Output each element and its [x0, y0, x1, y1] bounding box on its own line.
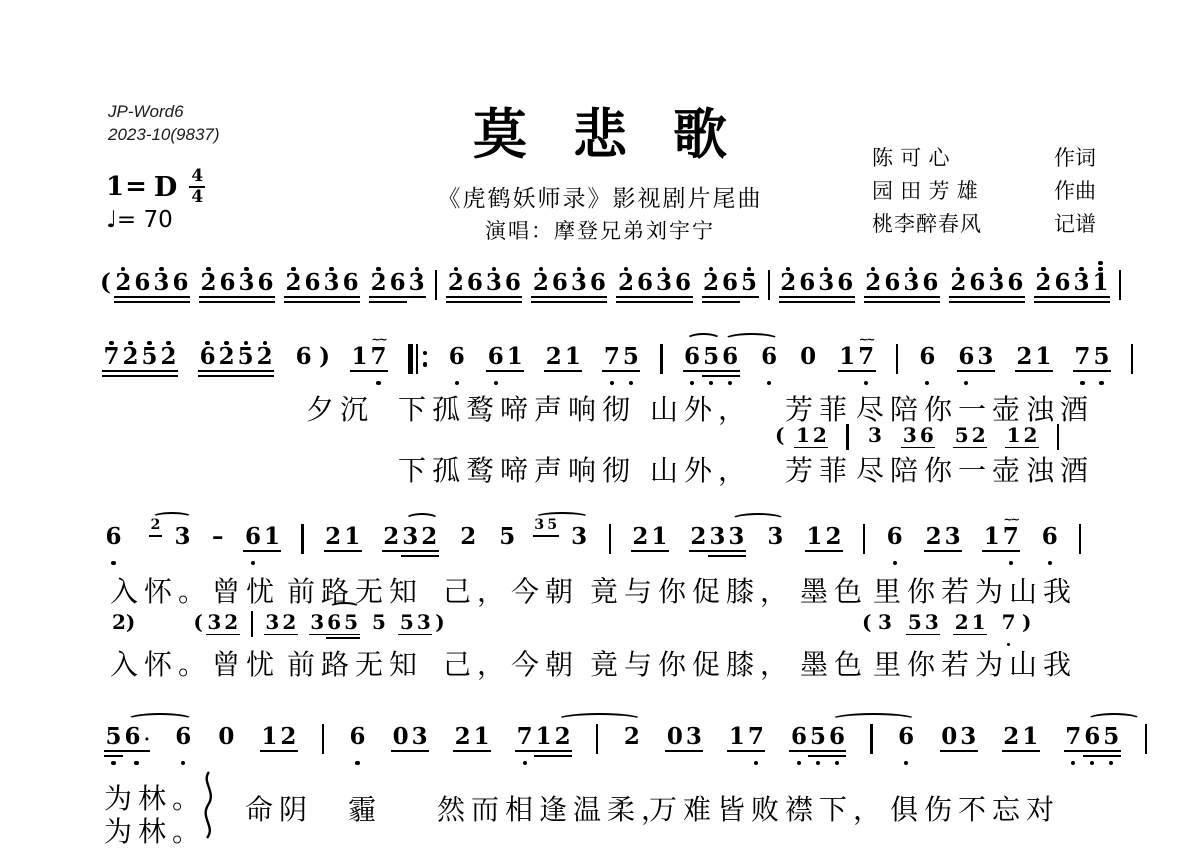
beam-lines — [924, 548, 943, 557]
beam-lines — [322, 294, 341, 303]
note-digit-row: 2 — [1002, 725, 1021, 748]
beam-line — [133, 301, 152, 303]
beam-lines — [654, 294, 673, 303]
beam-line — [1102, 755, 1121, 757]
beam-line — [864, 296, 883, 298]
note-lower — [925, 379, 929, 385]
beam-line — [721, 296, 740, 298]
note-digit: 7 — [515, 725, 534, 748]
beam-lines — [309, 632, 326, 639]
note-digit: 6 — [486, 345, 505, 368]
note-lower — [455, 379, 459, 385]
beam-line — [303, 296, 322, 298]
beam-line — [236, 370, 255, 372]
note-digit: 2 — [970, 425, 987, 445]
octave-dot-low — [767, 381, 771, 385]
note: 6 — [918, 330, 937, 385]
note-lower — [864, 379, 868, 385]
beam-lines — [369, 294, 388, 303]
note-digit: 6 — [721, 345, 740, 368]
beam-line — [665, 755, 684, 757]
note: 6 — [968, 256, 987, 305]
barline — [322, 724, 324, 754]
note-digit: 1 — [1021, 725, 1040, 748]
beam-line — [949, 296, 968, 298]
note: 2 — [453, 710, 472, 759]
note: 3 — [322, 256, 341, 305]
note-lower — [1009, 559, 1013, 565]
note-digit-row: 6 — [798, 271, 817, 294]
note-digit-row: 2 — [779, 271, 798, 294]
note-digit: 6 — [789, 725, 808, 748]
beam-lines — [401, 548, 420, 557]
note-digit-row: 2 — [824, 525, 843, 548]
beam-lines — [588, 294, 607, 303]
note: 6 — [348, 710, 367, 765]
beat-group: 75 — [1073, 330, 1111, 385]
beam-line — [570, 555, 589, 557]
beam-line — [223, 637, 240, 639]
note: 1 — [982, 510, 1001, 559]
parenthesis: ( — [100, 256, 111, 294]
beam-line — [635, 301, 654, 303]
beam-line — [1021, 750, 1040, 752]
beam-lines — [921, 294, 940, 303]
beam-line — [1064, 750, 1083, 752]
beam-line — [255, 370, 274, 372]
barline — [596, 724, 598, 754]
note-digit-row: 6 — [341, 271, 360, 294]
lyric-segment: 竟与你促膝， — [590, 570, 794, 610]
note-digit-row: 3 — [876, 612, 893, 632]
beam-line — [689, 555, 708, 557]
beam-line — [949, 301, 968, 303]
octave-dot-low — [728, 381, 732, 385]
note: 1 — [534, 710, 553, 759]
note: 1 — [563, 330, 582, 379]
note-digit-row: 5 — [906, 612, 923, 632]
beam-lines — [294, 368, 313, 377]
beam-lines — [1102, 748, 1121, 757]
note-digit-row: 5 — [702, 345, 721, 368]
beam-line — [902, 296, 921, 298]
beam-line — [515, 750, 534, 752]
beam-line — [503, 301, 522, 303]
beam-line — [827, 755, 846, 757]
note-digit-row: 3 — [976, 345, 995, 368]
beam-line — [498, 555, 517, 557]
note-digit-row: 6 — [883, 271, 902, 294]
beam-line — [798, 296, 817, 298]
beam-line — [465, 296, 484, 298]
beam-lines — [484, 294, 503, 303]
note-lower — [134, 759, 138, 765]
beam-line — [264, 634, 281, 636]
beam-line — [388, 301, 407, 303]
note-lower — [1048, 559, 1052, 565]
beam-lines — [199, 294, 218, 303]
beam-lines — [970, 632, 987, 639]
beam-line — [689, 550, 708, 552]
beam-line — [171, 296, 190, 298]
beam-line — [673, 296, 692, 298]
note-lower — [690, 379, 694, 385]
lyric-segment: 下孤鹜啼声响彻 — [398, 388, 636, 428]
beam-lines — [665, 748, 684, 757]
note: 0 — [391, 710, 410, 759]
note-digit-row: 6 — [683, 345, 702, 368]
beam-lines — [348, 748, 367, 757]
beam-lines — [446, 294, 465, 303]
lyric-segment: 山外， — [650, 449, 752, 489]
note: 1 — [727, 710, 746, 759]
note-lower — [835, 759, 839, 765]
beam-line — [569, 301, 588, 303]
note-digit: 3 — [654, 271, 673, 294]
beam-line — [683, 370, 702, 372]
beam-line — [857, 370, 876, 372]
beam-line — [459, 550, 478, 552]
note: 1 — [262, 510, 281, 559]
note-digit: 0 — [665, 725, 684, 748]
beam-line — [173, 550, 192, 552]
beam-line — [159, 370, 178, 372]
octave-dot-low — [629, 381, 633, 385]
beam-line — [391, 750, 410, 752]
note: 6 — [550, 256, 569, 305]
note: 6 — [957, 330, 976, 385]
note: 7 — [102, 330, 121, 379]
note-digit: 2 — [420, 525, 439, 548]
barline — [435, 270, 437, 300]
beam-line — [616, 296, 635, 298]
beam-lines — [683, 368, 702, 377]
beat-group: 2636 — [284, 256, 360, 305]
beam-line — [237, 301, 256, 303]
octave-dot-low — [893, 561, 897, 565]
note: 2 — [1002, 710, 1021, 759]
quarter-note-icon: ♩ — [106, 207, 117, 233]
note-digit-row: 6 — [836, 271, 855, 294]
note-digit-row: 7 — [602, 345, 621, 368]
beam-lines — [133, 294, 152, 303]
note: 0 — [665, 710, 684, 759]
beam-line — [382, 550, 401, 552]
note: ∼∼7 — [857, 330, 876, 385]
beam-line — [654, 296, 673, 298]
beam-line — [665, 750, 684, 752]
note: 7 — [602, 330, 621, 385]
note-digit: 7 — [1064, 725, 1083, 748]
note-digit-row: 2 — [420, 525, 439, 548]
note: 5 — [740, 256, 759, 305]
note-digit-row: 5 — [498, 525, 517, 548]
note-digit-row: 5 — [343, 612, 360, 632]
barline — [768, 270, 770, 300]
barline — [1131, 344, 1133, 374]
note-digit: 6 — [883, 271, 902, 294]
note: 6 — [1040, 510, 1059, 565]
note-digit: 2 — [622, 725, 641, 748]
note-digit-row: 1 — [727, 725, 746, 748]
beam-lines — [727, 748, 746, 757]
beam-lines — [602, 368, 621, 377]
beam-lines — [264, 632, 281, 639]
note: 3 — [1072, 256, 1091, 305]
beam-line — [322, 296, 341, 298]
beat-group: 03 — [391, 710, 429, 759]
note-digit-row: 6 — [957, 345, 976, 368]
beam-line — [279, 755, 298, 757]
beam-line — [303, 301, 322, 303]
note-digit-row: 6 — [326, 612, 343, 632]
note: 7 — [1064, 710, 1083, 765]
beam-line — [350, 370, 369, 372]
beam-line — [968, 301, 987, 303]
beam-line — [398, 637, 415, 639]
note-digit: 2 — [199, 271, 218, 294]
note-digit: 6 — [256, 271, 275, 294]
beam-line — [341, 296, 360, 298]
note-lower — [893, 559, 897, 565]
beam-line — [544, 375, 563, 377]
beam-line — [943, 550, 962, 552]
beam-lines — [343, 548, 362, 557]
note-lower — [251, 559, 255, 565]
note-digit: 2 — [1015, 345, 1034, 368]
beam-line — [959, 750, 978, 752]
note-digit: 2 — [531, 271, 550, 294]
note-digit: 2 — [864, 271, 883, 294]
note-digit: 2 — [284, 271, 303, 294]
note-digit-row: 2 — [689, 525, 708, 548]
beam-line — [1001, 550, 1020, 552]
credit-name: 陈 可 心 — [872, 142, 951, 175]
beam-lines — [149, 532, 162, 541]
note-digit: 6 — [968, 271, 987, 294]
beam-line — [906, 637, 923, 639]
beam-lines — [838, 368, 857, 377]
music-line-l3: 623–612123225353212333126231∼∼76 — [104, 510, 1081, 565]
beam-lines — [957, 368, 976, 377]
beam-line — [1073, 370, 1092, 372]
note-digit-row: 3 — [401, 525, 420, 548]
note-digit: 1 — [650, 525, 669, 548]
note-digit: 5 — [1102, 725, 1121, 748]
note-lower — [754, 759, 758, 765]
note-digit-row: 2 — [553, 725, 572, 748]
note-digit-row: 3 — [867, 425, 884, 445]
note: ∼∼7 — [369, 330, 388, 385]
beam-line — [503, 296, 522, 298]
octave-dot-low — [111, 561, 115, 565]
beam-line — [906, 634, 923, 636]
note-digit-row: 1 — [350, 345, 369, 368]
beam-line — [199, 301, 218, 303]
beam-lines — [407, 294, 426, 303]
note-digit: 2 — [159, 345, 178, 368]
note-digit-row: 6 — [885, 525, 904, 548]
note-digit: 5 — [621, 345, 640, 368]
beam-line — [171, 301, 190, 303]
note-lower — [494, 379, 498, 385]
note: 5 — [621, 330, 640, 385]
note-digit-row: 3 — [206, 612, 223, 632]
beam-line — [721, 375, 740, 377]
beam-lines — [650, 548, 669, 557]
beam-line — [563, 375, 582, 377]
octave-dot-low — [835, 761, 839, 765]
note: 2 — [616, 256, 635, 305]
beam-line — [970, 637, 987, 639]
octave-dot-high — [1098, 261, 1102, 265]
note-digit: 5 — [740, 271, 759, 294]
beam-line — [876, 637, 893, 639]
note-digit-row: 6 — [1040, 525, 1059, 548]
note-digit: 0 — [391, 725, 410, 748]
beam-line — [104, 755, 123, 757]
note-digit: 2 — [702, 271, 721, 294]
beam-lines — [534, 748, 553, 757]
note: 3 — [708, 510, 727, 559]
beam-line — [921, 296, 940, 298]
beam-line — [174, 750, 193, 752]
beam-line — [322, 301, 341, 303]
beam-line — [217, 755, 236, 757]
note-lower — [904, 759, 908, 765]
beam-line — [702, 296, 721, 298]
note: 6 — [256, 256, 275, 305]
note-digit-row: 3 — [173, 525, 192, 548]
slur-arc — [686, 333, 720, 346]
note-digit: 5 — [906, 612, 923, 632]
beam-lines — [104, 548, 123, 557]
beam-line — [459, 555, 478, 557]
beam-line — [401, 555, 420, 557]
beam-line — [779, 301, 798, 303]
note-lower — [1109, 759, 1113, 765]
note-digit: 3 — [959, 725, 978, 748]
note: 2 — [369, 256, 388, 305]
note-digit: 5 — [498, 525, 517, 548]
beam-lines — [255, 368, 274, 377]
beam-line — [824, 555, 843, 557]
beam-line — [650, 550, 669, 552]
note-digit-row: 3 — [237, 271, 256, 294]
note-digit-row: 6 — [918, 345, 937, 368]
note-digit-row: 6 — [303, 271, 322, 294]
beam-lines — [382, 548, 401, 557]
beam-line — [1006, 296, 1025, 298]
note: 2 — [1034, 256, 1053, 305]
note-digit-row: 3 — [959, 725, 978, 748]
note: 3 — [959, 710, 978, 759]
beam-line — [486, 375, 505, 377]
note-digit: 2 — [114, 271, 133, 294]
note: 6 — [486, 330, 505, 385]
note-digit: 3 — [484, 271, 503, 294]
beam-lines — [217, 748, 236, 757]
note-digit-row: 7 — [1064, 725, 1083, 748]
beam-line — [350, 375, 369, 377]
beam-lines — [1001, 548, 1020, 557]
note-digit-row: 6 — [348, 725, 367, 748]
beam-lines — [459, 548, 478, 557]
note-digit: 5 — [702, 345, 721, 368]
note-digit: 3 — [206, 612, 223, 632]
beat-group: 2636 — [779, 256, 855, 305]
barline — [251, 611, 253, 637]
barline — [1145, 724, 1147, 754]
note-digit: 3 — [708, 525, 727, 548]
note-digit: 6 — [341, 271, 360, 294]
octave-dot-low — [494, 381, 498, 385]
barline — [1119, 270, 1121, 300]
note: ∼∼7 — [1001, 510, 1020, 565]
beam-line — [104, 555, 123, 557]
beam-line — [923, 637, 940, 639]
note: 6 — [447, 330, 466, 385]
beat-group: 2636 — [864, 256, 940, 305]
beam-line — [447, 375, 466, 377]
note: 5 — [1092, 330, 1111, 385]
note-digit: 2 — [779, 271, 798, 294]
note: 2 — [924, 510, 943, 559]
note-digit: 1 — [260, 725, 279, 748]
octave-dot-low — [376, 381, 380, 385]
lyric-segment: 然而相逢温柔， — [437, 788, 675, 828]
beam-lines — [987, 294, 1006, 303]
beam-lines — [486, 368, 505, 377]
note-digit-row: 5 — [1092, 345, 1111, 368]
beam-line — [1091, 296, 1110, 298]
beam-line — [410, 750, 429, 752]
beam-lines — [817, 294, 836, 303]
beam-line — [789, 750, 808, 752]
note-digit-row: 6 — [174, 725, 193, 748]
beam-line — [382, 555, 401, 557]
beam-line — [281, 634, 298, 636]
lyric-segment: 里你若为山我 — [873, 643, 1077, 683]
beam-line — [217, 750, 236, 752]
beam-lines — [631, 548, 650, 557]
beam-line — [883, 296, 902, 298]
note: 7 — [746, 710, 765, 765]
beam-lines — [114, 294, 133, 303]
beam-lines — [721, 294, 740, 303]
note-digit: 7 — [746, 725, 765, 748]
note-digit-row: 6 — [1006, 271, 1025, 294]
beam-lines — [1006, 294, 1025, 303]
beam-lines — [1072, 294, 1091, 303]
beam-line — [1015, 375, 1034, 377]
note-digit: 1 — [970, 612, 987, 632]
note-digit-row: 6 — [133, 271, 152, 294]
beam-line — [702, 370, 721, 372]
music-line-l4: 56·6012603217122031765660321765 — [104, 710, 1147, 765]
note: 3 — [484, 256, 503, 305]
beam-line — [987, 301, 1006, 303]
note: 6 — [171, 256, 190, 305]
note-digit: 6 — [133, 271, 152, 294]
note-digit: 6 — [588, 271, 607, 294]
beam-line — [563, 370, 582, 372]
beam-lines — [174, 748, 193, 757]
beam-line — [472, 755, 491, 757]
beam-line — [838, 375, 857, 377]
performer-line: 演唱：摩登兄弟刘宇宁 — [380, 215, 820, 245]
note-digit: 1 — [1034, 345, 1053, 368]
